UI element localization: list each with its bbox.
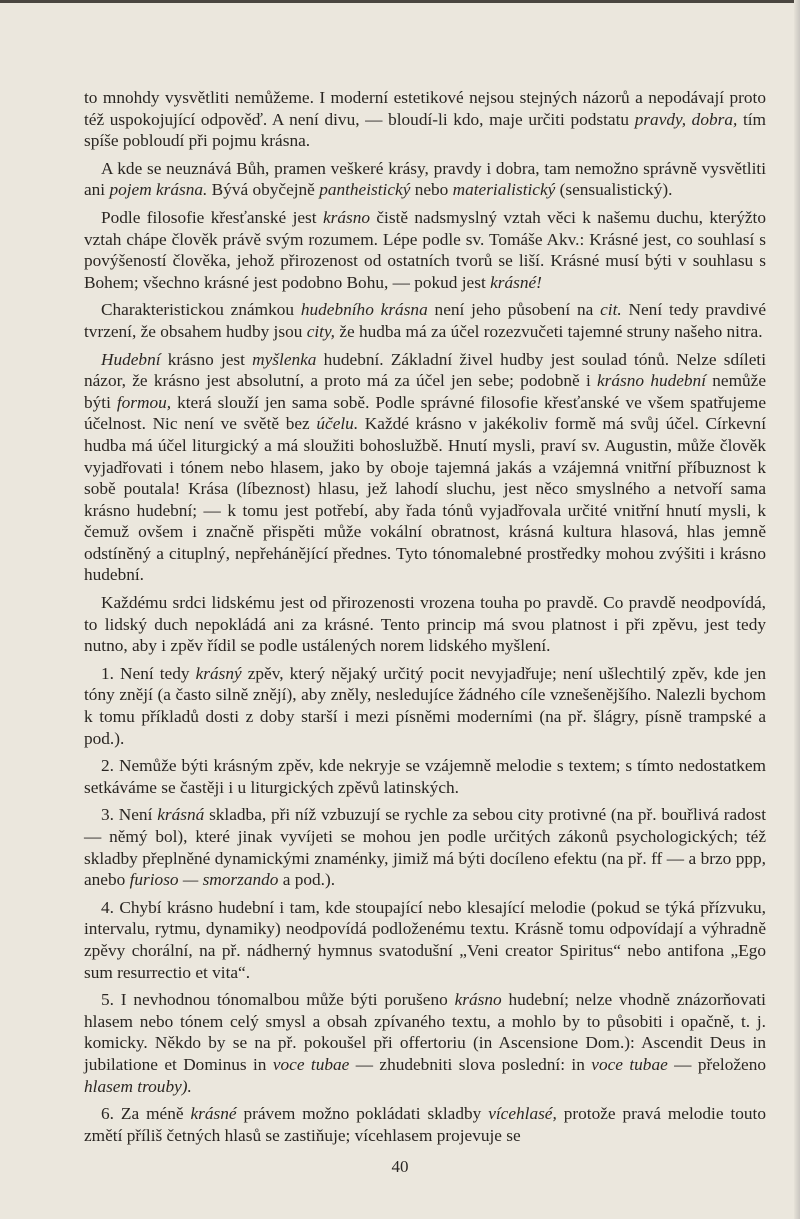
italic-term: krásná [157, 805, 204, 824]
italic-term: voce tubae [273, 1055, 349, 1074]
text-run: Každé krásno v jakékoliv formě má svůj ú… [84, 414, 766, 584]
paragraph-p9: 3. Není krásná skladba, při níž vzbuzují… [84, 804, 766, 890]
page-number: 40 [0, 1157, 800, 1177]
italic-term: účelu. [316, 414, 358, 433]
paragraph-p1: to mnohdy vysvětliti nemůžeme. I moderní… [84, 87, 766, 152]
scan-top-edge [0, 0, 800, 3]
text-run: Podle filosofie křesťanské jest [101, 208, 323, 227]
text-run: 2. Nemůže býti krásným zpěv, kde nekryje… [84, 756, 766, 797]
italic-term: myšlenka [252, 350, 316, 369]
paragraph-p3: Podle filosofie křesťanské jest krásno č… [84, 207, 766, 293]
text-run: a pod.). [278, 870, 335, 889]
text-run: 5. I nevhodnou tónomalbou může býti poru… [101, 990, 455, 1009]
text-run: 4. Chybí krásno hudební i tam, kde stoup… [84, 898, 766, 982]
text-run: — přeloženo [668, 1055, 766, 1074]
italic-term: cit. [600, 300, 622, 319]
text-run: (sensualistický). [555, 180, 672, 199]
paragraph-p6: Každému srdci lidskému jest od přirozeno… [84, 592, 766, 657]
italic-term: formou, [117, 393, 171, 412]
text-run: Každému srdci lidskému jest od přirozeno… [84, 593, 766, 655]
text-run: 6. Za méně [101, 1104, 190, 1123]
paragraph-p10: 4. Chybí krásno hudební i tam, kde stoup… [84, 897, 766, 983]
italic-term: hudebního krásna [301, 300, 428, 319]
text-run: že hudba má za účel roze­zvučeti tajemné… [335, 322, 763, 341]
text-run: 3. Není [101, 805, 157, 824]
italic-term: Hudební [101, 350, 161, 369]
text-run: právem možno pokládati skladby [237, 1104, 489, 1123]
italic-term: pantheistický [319, 180, 410, 199]
text-run: Charakteristickou známkou [101, 300, 301, 319]
text-run: 1. Není tedy [101, 664, 196, 683]
italic-term: krásné [190, 1104, 236, 1123]
scan-right-edge [794, 0, 800, 1219]
italic-term: hlasem trouby). [84, 1077, 192, 1096]
paragraph-p2: A kde se neuznává Bůh, pramen veškeré kr… [84, 158, 766, 201]
text-run: — zhudebniti slova poslední: in [349, 1055, 591, 1074]
italic-term: voce tubae [591, 1055, 667, 1074]
book-page-body: to mnohdy vysvětliti nemůžeme. I moderní… [84, 87, 766, 1152]
paragraph-p8: 2. Nemůže býti krásným zpěv, kde nekryje… [84, 755, 766, 798]
text-run: krásno jest [161, 350, 253, 369]
paragraph-p4: Charakteristickou známkou hudebního krás… [84, 299, 766, 342]
italic-term: city, [307, 322, 335, 341]
paragraph-p7: 1. Není tedy krásný zpěv, který nějaký u… [84, 663, 766, 749]
paragraph-p12: 6. Za méně krásné právem možno pokládati… [84, 1103, 766, 1146]
text-run: Bývá obyčejně [207, 180, 319, 199]
italic-term: pravdy, dobra, [635, 110, 738, 129]
italic-term: krásno [323, 208, 370, 227]
paragraph-p11: 5. I nevhodnou tónomalbou může býti poru… [84, 989, 766, 1097]
italic-term: krásno hudební [597, 371, 706, 390]
text-run: není jeho působení na [428, 300, 600, 319]
italic-term: krásný [196, 664, 242, 683]
text-run: nebo [410, 180, 452, 199]
paragraph-p5: Hudební krásno jest myšlenka hudební. Zá… [84, 349, 766, 587]
italic-term: krásné! [490, 273, 542, 292]
italic-term: pojem krásna. [109, 180, 207, 199]
italic-term: krásno [455, 990, 502, 1009]
italic-term: furioso — smor­zando [130, 870, 279, 889]
italic-term: materia­listický [453, 180, 556, 199]
italic-term: vícehlasé, [488, 1104, 557, 1123]
